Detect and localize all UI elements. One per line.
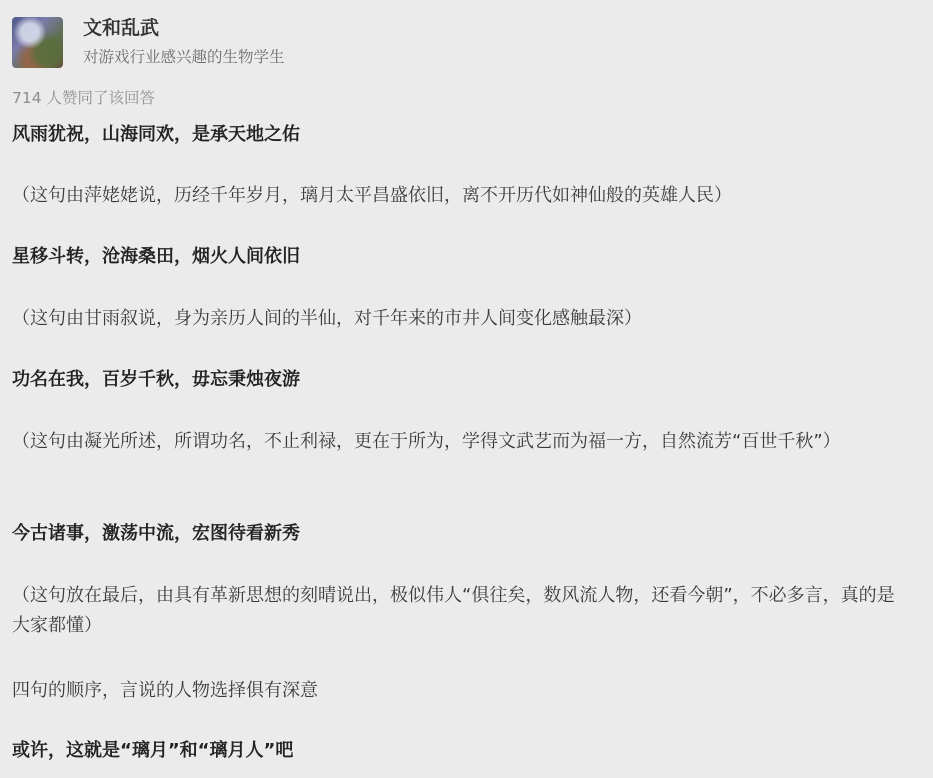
paragraph-heading: 今古诸事，激荡中流，宏图待看新秀	[12, 519, 912, 549]
paragraph-conclusion: 或许，这就是“璃月”和“璃月人”吧	[12, 736, 912, 766]
paragraph-summary: 四句的顺序，言说的人物选择俱有深意	[12, 676, 912, 706]
paragraph-heading: 星移斗转，沧海桑田，烟火人间依旧	[12, 242, 912, 272]
paragraph-note: （这句由萍姥姥说，历经千年岁月，璃月太平昌盛依旧，离不开历代如神仙般的英雄人民）	[12, 181, 912, 211]
paragraph-note: （这句由凝光所述，所谓功名，不止利禄，更在于所为，学得文武艺而为福一方，自然流芳…	[12, 427, 912, 457]
author-info: 文和乱武 对游戏行业感兴趣的生物学生	[83, 17, 285, 67]
paragraph-heading: 功名在我，百岁千秋，毋忘秉烛夜游	[12, 365, 912, 395]
vote-count: 714 人赞同了该回答	[12, 88, 155, 108]
paragraph-note: （这句由甘雨叙说，身为亲历人间的半仙，对千年来的市井人间变化感触最深）	[12, 304, 912, 334]
author-header: 文和乱武 对游戏行业感兴趣的生物学生	[12, 17, 285, 69]
paragraph-heading: 风雨犹祝，山海同欢，是承天地之佑	[12, 120, 912, 150]
author-bio: 对游戏行业感兴趣的生物学生	[83, 47, 285, 67]
user-avatar-icon[interactable]	[12, 17, 63, 68]
author-name[interactable]: 文和乱武	[83, 17, 285, 39]
paragraph-note: （这句放在最后，由具有革新思想的刻晴说出，极似伟人“俱往矣，数风流人物，还看今朝…	[12, 581, 912, 641]
